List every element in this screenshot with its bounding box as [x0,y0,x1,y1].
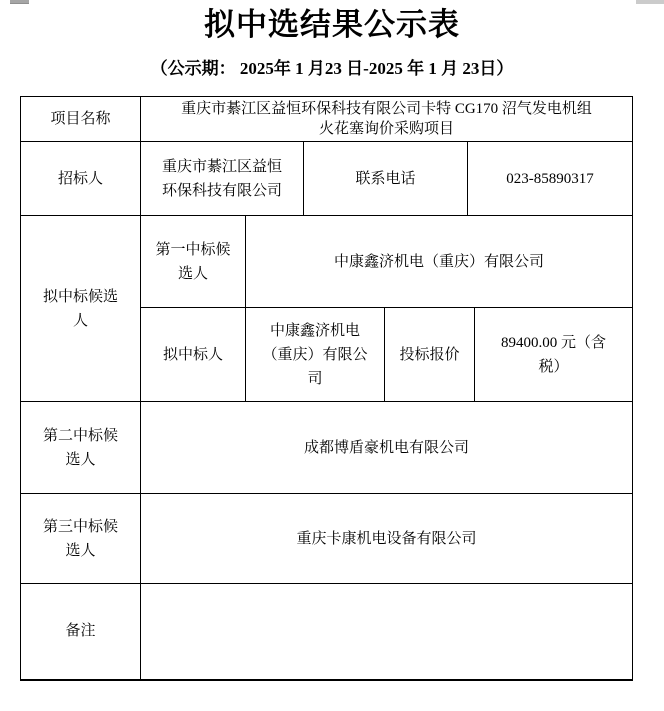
contact-phone-label: 联系电话 [304,142,468,216]
top-edge-ui-fragment-right [636,0,664,4]
table-row-third-candidate: 第三中标候 选人 重庆卡康机电设备有限公司 [21,494,633,584]
table-row-remarks: 备注 [21,584,633,680]
publicity-period: （公示期： 2025年 1 月23 日-2025 年 1 月 23日） [0,57,664,81]
table-row-tenderer: 招标人 重庆市綦江区益恒 环保科技有限公司 联系电话 023-85890317 [21,142,633,216]
table-row-first-candidate: 拟中标候选 人 第一中标候 选人 中康鑫济机电（重庆）有限公司 [21,216,633,308]
top-edge-ui-fragment-left [10,0,29,4]
third-candidate-label: 第三中标候 选人 [21,494,141,584]
remarks-label: 备注 [21,584,141,680]
bid-price-label: 投标报价 [385,308,475,402]
second-candidate-label: 第二中标候 选人 [21,402,141,494]
table-row-second-candidate: 第二中标候 选人 成都博盾豪机电有限公司 [21,402,633,494]
table-row-project: 项目名称 重庆市綦江区益恒环保科技有限公司卡特 CG170 沼气发电机组 火花塞… [21,97,633,142]
bid-price-value: 89400.00 元（含 税） [475,308,633,402]
first-candidate-label: 第一中标候 选人 [141,216,246,308]
proposed-winner-value: 中康鑫济机电 （重庆）有限公 司 [246,308,385,402]
remarks-value [141,584,633,680]
proposed-winner-label: 拟中标人 [141,308,246,402]
third-candidate-value: 重庆卡康机电设备有限公司 [141,494,633,584]
candidates-group-label: 拟中标候选 人 [21,216,141,402]
contact-phone-value: 023-85890317 [468,142,633,216]
result-table: 项目名称 重庆市綦江区益恒环保科技有限公司卡特 CG170 沼气发电机组 火花塞… [20,96,633,681]
project-name-value: 重庆市綦江区益恒环保科技有限公司卡特 CG170 沼气发电机组 火花塞询价采购项… [141,97,633,142]
publicity-document: 拟中选结果公示表 （公示期： 2025年 1 月23 日-2025 年 1 月 … [0,0,664,711]
second-candidate-value: 成都博盾豪机电有限公司 [141,402,633,494]
first-candidate-value: 中康鑫济机电（重庆）有限公司 [246,216,633,308]
project-name-label: 项目名称 [21,97,141,142]
tenderer-label: 招标人 [21,142,141,216]
tenderer-value: 重庆市綦江区益恒 环保科技有限公司 [141,142,304,216]
page-title: 拟中选结果公示表 [0,6,664,44]
